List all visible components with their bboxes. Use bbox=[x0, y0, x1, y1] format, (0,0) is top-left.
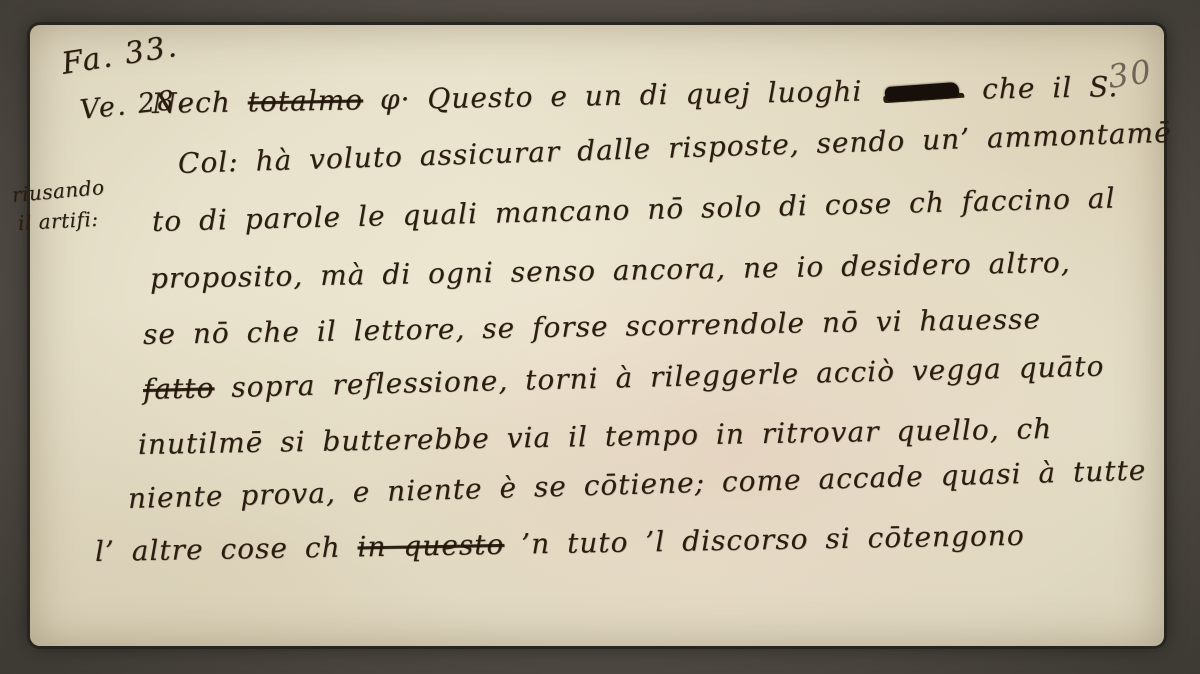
handwritten-text: niente prova, e niente è se cōtiene; com… bbox=[128, 454, 1147, 515]
text-line: to di parole le quali mancano nō solo di… bbox=[152, 181, 1116, 238]
text-line: niente prova, e niente è se cōtiene; com… bbox=[128, 454, 1147, 515]
margin-note-line2: il artifi: bbox=[17, 207, 99, 235]
handwritten-text: to di parole le quali mancano nō solo di… bbox=[152, 181, 1116, 238]
text-line: inutilmē si butterebbe via il tempo in r… bbox=[138, 412, 1053, 461]
handwritten-text: Col: hà voluto assicurar dalle risposte,… bbox=[177, 116, 1172, 180]
ink-blot bbox=[885, 82, 960, 102]
folio-reference-fa: Fa. 33. bbox=[59, 29, 180, 82]
handwritten-text: che il S. bbox=[965, 70, 1119, 106]
handwritten-text: proposito, mà di ogni senso ancora, ne i… bbox=[150, 246, 1071, 295]
handwritten-text: inutilmē si butterebbe via il tempo in r… bbox=[138, 412, 1053, 461]
margin-note-line1: riusando bbox=[11, 175, 105, 207]
manuscript-page: 30 Fa. 33. Ve. 28. riusando il artifi: N… bbox=[30, 25, 1164, 646]
handwritten-text: l’ altre cose ch bbox=[95, 530, 358, 568]
text-line: Col: hà voluto assicurar dalle risposte,… bbox=[177, 116, 1172, 180]
struck-text: fatto bbox=[143, 371, 215, 406]
struck-text: totalmo bbox=[247, 83, 363, 118]
text-line: l’ altre cose ch in questo ’n tuto ’l di… bbox=[95, 519, 1025, 568]
text-line: proposito, mà di ogni senso ancora, ne i… bbox=[150, 246, 1071, 295]
handwritten-text: sopra reflessione, torni à rileggerle ac… bbox=[214, 350, 1105, 405]
handwritten-text: Nech bbox=[152, 85, 248, 120]
text-line: fatto sopra reflessione, torni à rilegge… bbox=[143, 350, 1105, 406]
struck-text: in questo bbox=[357, 528, 504, 564]
handwritten-text: φ· Questo e un di quej luoghi bbox=[363, 74, 880, 116]
handwritten-text: ’n tuto ’l discorso si cōtengono bbox=[504, 519, 1025, 561]
text-line: Nech totalmo φ· Questo e un di quej luog… bbox=[152, 70, 1119, 120]
handwritten-text: se nō che il lettore, se forse scorrendo… bbox=[143, 302, 1042, 351]
text-line: se nō che il lettore, se forse scorrendo… bbox=[143, 302, 1042, 351]
